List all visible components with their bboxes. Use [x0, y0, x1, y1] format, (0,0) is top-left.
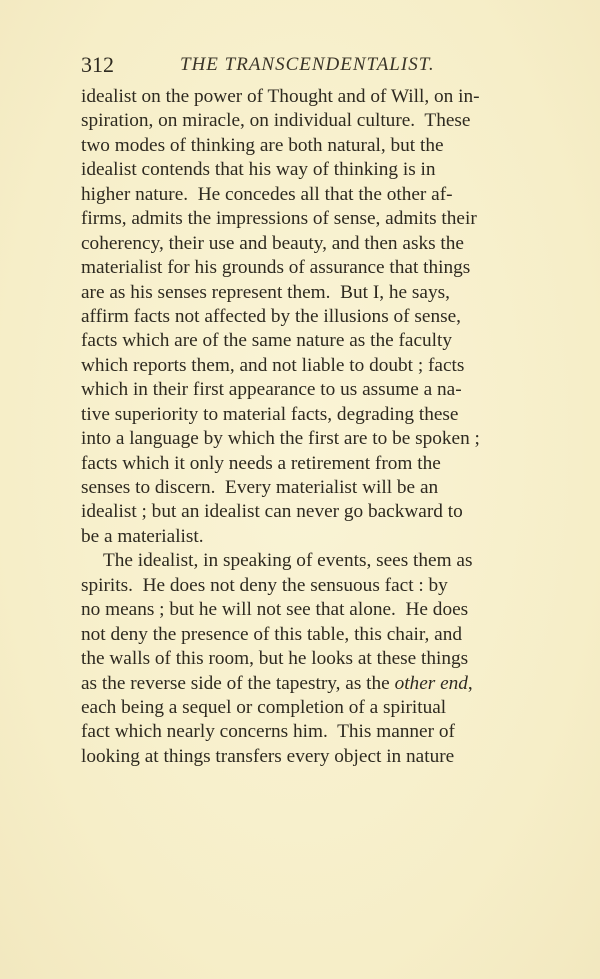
paragraph-start-line: The idealist, in speaking of events, see…: [81, 549, 541, 573]
page-header: 312 THE TRANSCENDENTALIST.: [81, 52, 541, 82]
text-segment: as the reverse side of the tapestry, as …: [81, 673, 395, 694]
text-line: idealist on the power of Thought and of …: [81, 85, 541, 109]
text-line: facts which are of the same nature as th…: [81, 329, 541, 353]
italic-phrase: other end: [395, 673, 468, 694]
text-line: coherency, their use and beauty, and the…: [81, 232, 541, 256]
text-line: two modes of thinking are both natural, …: [81, 134, 541, 158]
text-line: no means ; but he will not see that alon…: [81, 598, 541, 622]
text-segment: ,: [468, 673, 473, 694]
text-line: spiration, on miracle, on individual cul…: [81, 109, 541, 133]
text-line: fact which nearly concerns him. This man…: [81, 720, 541, 744]
text-line: not deny the presence of this table, thi…: [81, 623, 541, 647]
text-line: materialist for his grounds of assurance…: [81, 256, 541, 280]
text-line: each being a sequel or completion of a s…: [81, 696, 541, 720]
body-text: idealist on the power of Thought and of …: [81, 85, 541, 769]
text-line: looking at things transfers every object…: [81, 745, 541, 769]
text-line: are as his senses represent them. But I,…: [81, 281, 541, 305]
text-line: into a language by which the first are t…: [81, 427, 541, 451]
page-number: 312: [81, 52, 114, 78]
text-line: higher nature. He concedes all that the …: [81, 183, 541, 207]
text-line: spirits. He does not deny the sensuous f…: [81, 574, 541, 598]
text-line: senses to discern. Every materialist wil…: [81, 476, 541, 500]
text-line: tive superiority to material facts, degr…: [81, 403, 541, 427]
text-line: idealist contends that his way of thinki…: [81, 158, 541, 182]
running-title: THE TRANSCENDENTALIST.: [180, 54, 435, 76]
text-line: which in their first appearance to us as…: [81, 378, 541, 402]
text-line: affirm facts not affected by the illusio…: [81, 305, 541, 329]
text-line: which reports them, and not liable to do…: [81, 354, 541, 378]
text-line-with-italic: as the reverse side of the tapestry, as …: [81, 672, 541, 696]
text-line: facts which it only needs a retirement f…: [81, 452, 541, 476]
book-page: 312 THE TRANSCENDENTALIST. idealist on t…: [0, 0, 600, 979]
paragraph-end-line: be a materialist.: [81, 525, 541, 549]
text-line: idealist ; but an idealist can never go …: [81, 500, 541, 524]
text-line: firms, admits the impressions of sense, …: [81, 207, 541, 231]
text-line: the walls of this room, but he looks at …: [81, 647, 541, 671]
